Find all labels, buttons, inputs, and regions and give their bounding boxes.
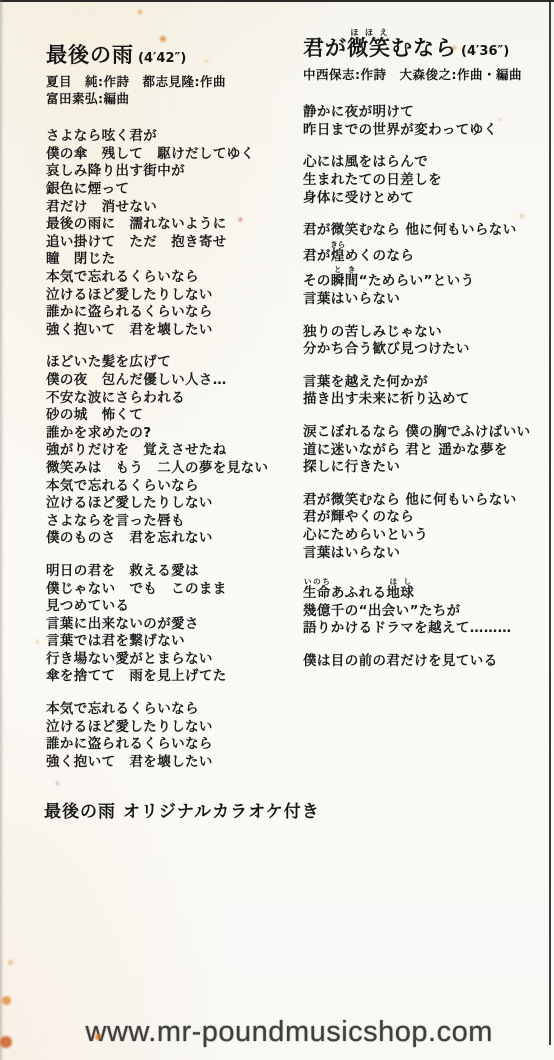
lyric-line: 昨日までの世界が変わってゆく [303,122,553,140]
lyric-line: 泣けるほど愛したりしない [46,719,302,737]
scan-stain [56,782,59,785]
lyric-line: 君が輝やくのなら [303,509,553,527]
scan-stain [95,1034,101,1040]
lyric-line: 語りかけるドラマを越えて……… [303,620,553,638]
lyric-line: 生まれたての日差しを [303,172,553,190]
lyric-line: 僕は目の前の君だけを見ている [303,653,553,671]
verse: さよなら呟く君が僕の傘 残して 駆けだしてゆく哀しみ降り出す街中が銀色に煙って君… [46,128,302,339]
lyric-line: 僕の傘 残して 駆けだしてゆく [46,146,302,164]
song-title-row: 君が微笑ほほえむなら (4′36″) [303,28,553,61]
verse: 君が微笑むなら 他に何もいらない君が煌きらめくのならその瞬間とき“ためらい”とい… [303,222,553,308]
lyric-line: 身体に受けとめて [303,190,553,208]
lyric-line: 涙こぼれるなら 僕の胸でふけばいい [303,424,553,442]
lyric-line: 泣けるほど愛したりしない [46,287,302,305]
lyric-line: 銀色に煙って [46,181,302,199]
lyric-line: 言葉では君を繋げない [46,633,302,651]
lyric-line: 描き出す未来に祈り込めて [303,391,553,409]
lyric-line: 哀しみ降り出す街中が [46,163,302,181]
scan-edge-top [0,0,554,2]
verse: 心には風をはらんで生まれたての日差しを身体に受けとめて [303,154,553,207]
lyric-line: 誰かを求めたの? [46,425,302,443]
verse: 明日の君を 救える愛は僕じゃない でも このまま見つめている言葉に出来ないのが愛… [46,563,302,686]
lyric-line: 強く抱いて 君を壊したい [46,322,302,340]
scan-stain [138,10,142,14]
credit-line: 夏目 純:作詩 都志見隆:作曲 [46,73,302,90]
verse: 独りの苦しみじゃない分かち合う歓び見つけたい [303,324,553,359]
verse: 生命いのちあふれる地球ほし幾億千の“出会い”たちが語りかけるドラマを越えて……… [303,577,553,638]
verse: 君が微笑むなら 他に何もいらない君が輝やくのなら心にためらいという言葉はいらない [303,492,553,562]
scan-stain [8,960,13,965]
song-duration: (4′36″) [461,44,509,59]
shop-watermark: www.mr-poundmusicshop.com [86,1016,493,1049]
lyric-line: 泣けるほど愛したりしない [46,495,302,513]
lyric-line: ほどいた髪を広げて [46,354,302,372]
scan-stain [0,1036,12,1048]
lyric-line: 言葉はいらない [303,291,553,309]
song-credits: 中西保志:作詩 大森俊之:作曲・編曲 [303,66,553,83]
lyric-line: 誰かに盗られるくらいなら [46,736,302,754]
scan-stain [520,214,524,218]
lyric-line: 言葉に出来ないのが愛さ [46,616,302,634]
scan-stain [160,36,166,42]
lyric-line: 砂の城 怖くて [46,407,302,425]
song-title: 君が微笑ほほえむなら [303,28,457,61]
lyric-line: 静かに夜が明けて [303,104,553,122]
lyric-line: 君だけ 消せない [46,199,302,217]
lyric-line: 強く抱いて 君を壊したい [46,754,302,772]
song-lyrics: 静かに夜が明けて昨日までの世界が変わってゆく心には風をはらんで生まれたての日差し… [303,104,553,670]
lyric-line: 僕の夜 包んだ優しい人さ… [46,372,302,390]
lyric-line: 本気で忘れるくらいなら [46,701,302,719]
lyric-line: 瞳 閉じた [46,251,302,269]
lyric-line: さよなら呟く君が [46,128,302,146]
lyric-line: 不安な波にさらわれる [46,390,302,408]
scan-stain [205,60,208,63]
song-duration: (4′42″) [138,51,186,66]
lyric-line: 心には風をはらんで [303,154,553,172]
scan-stain [452,46,456,50]
lyric-line: 心にためらいという [303,527,553,545]
song-column-kimi-ga-hohoemu-nara: 君が微笑ほほえむなら (4′36″) 中西保志:作詩 大森俊之:作曲・編曲 静か… [303,28,553,686]
song-credits: 夏目 純:作詩 都志見隆:作曲富田素弘:編曲 [46,73,302,107]
lyric-line: 君が微笑むなら 他に何もいらない [303,222,553,240]
lyric-line: 微笑みは もう 二人の夢を見ない [46,460,302,478]
song-lyrics: さよなら呟く君が僕の傘 残して 駆けだしてゆく哀しみ降り出す街中が銀色に煙って君… [46,128,302,771]
lyric-line: 強がりだけを 覚えさせたね [46,442,302,460]
song-title: 最後の雨 [46,42,134,68]
lyric-line: 独りの苦しみじゃない [303,324,553,342]
credit-line: 富田素弘:編曲 [46,90,302,107]
scan-stain [2,996,11,1005]
lyric-line: 生命いのちあふれる地球ほし [303,577,553,603]
scan-stain [239,218,242,221]
lyric-sheet-scan: 最後の雨 (4′42″) 夏目 純:作詩 都志見隆:作曲富田素弘:編曲 さよなら… [0,0,554,1060]
verse: 涙こぼれるなら 僕の胸でふけばいい道に迷いながら 君と 遥かな夢を探しに行きたい [303,424,553,477]
song-column-saigo-no-ame: 最後の雨 (4′42″) 夏目 純:作詩 都志見隆:作曲富田素弘:編曲 さよなら… [46,42,302,786]
scan-stain [498,118,501,121]
lyric-line: 探しに行きたい [303,459,553,477]
lyric-line: 傘を捨てて 雨を見上げてた [46,668,302,686]
verse: 言葉を越えた何かが描き出す未来に祈り込めて [303,374,553,409]
lyric-line: 君が微笑むなら 他に何もいらない [303,492,553,510]
lyric-line: 道に迷いながら 君と 遥かな夢を [303,442,553,460]
lyric-line: 君が煌きらめくのなら [303,240,553,266]
lyric-line: 僕のものさ 君を忘れない [46,530,302,548]
verse: 本気で忘れるくらいなら泣けるほど愛したりしない誰かに盗られるくらいなら強く抱いて… [46,701,302,771]
verse: 僕は目の前の君だけを見ている [303,653,553,671]
lyric-line: 最後の雨に 濡れないように [46,216,302,234]
lyric-line: 誰かに盗られるくらいなら [46,304,302,322]
lyric-line: 本気で忘れるくらいなら [46,269,302,287]
verse: 静かに夜が明けて昨日までの世界が変わってゆく [303,104,553,139]
lyric-line: 明日の君を 救える愛は [46,563,302,581]
lyric-line: 言葉はいらない [303,545,553,563]
credit-line: 中西保志:作詩 大森俊之:作曲・編曲 [303,66,553,83]
karaoke-note: 最後の雨 オリジナルカラオケ付き [44,797,320,822]
lyric-line: 追い掛けて ただ 抱き寄せ [46,234,302,252]
lyric-line: 見つめている [46,598,302,616]
lyric-line: 僕じゃない でも このまま [46,581,302,599]
scan-stain [36,640,39,643]
lyric-line: 本気で忘れるくらいなら [46,478,302,496]
lyric-line: 行き場ない愛がとまらない [46,651,302,669]
lyric-line: 分かち合う歓び見つけたい [303,341,553,359]
lyric-line: 幾億千の“出会い”たちが [303,603,553,621]
lyric-line: 言葉を越えた何かが [303,374,553,392]
lyric-line: その瞬間とき“ためらい”という [303,265,553,291]
song-title-row: 最後の雨 (4′42″) [46,42,302,68]
verse: ほどいた髪を広げて僕の夜 包んだ優しい人さ…不安な波にさらわれる砂の城 怖くて誰… [46,354,302,548]
scan-edge-left [0,0,4,1060]
lyric-line: さよならを言った唇も [46,513,302,531]
